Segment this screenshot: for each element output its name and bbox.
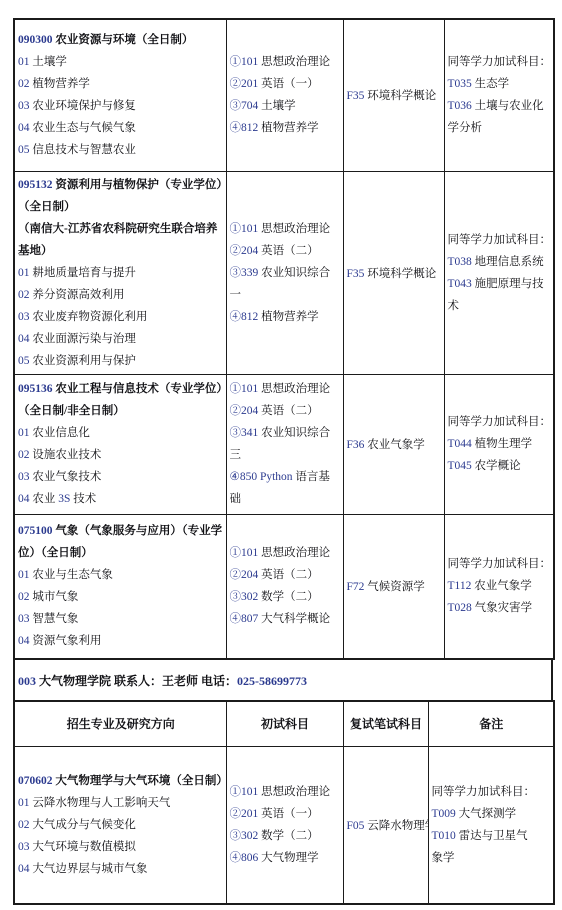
cell-initial-subjects: ①101 思想政治理论②204 英语（二）③302 数学（二）④807 大气科学…: [226, 514, 343, 659]
remarks-list: 同等学力加试科目：T009 大气探测学T010 雷达与卫星气象学: [432, 781, 552, 869]
initial-subject-list: ①101 思想政治理论②204 英语（二）③341 农业知识综合三④850 Py…: [230, 378, 341, 510]
cell-initial-subjects: ①101 思想政治理论②204 英语（二）③339 农业知识综合一④812 植物…: [226, 171, 343, 374]
col-header-remarks: 备注: [428, 701, 554, 746]
cell-retest-subject: F35 环境科学概论: [343, 19, 444, 171]
cell-program: 070602 大气物理学与大气环境（全日制） 01 云降水物理与人工影响天气02…: [14, 746, 226, 904]
tables-stack: 090300 农业资源与环境（全日制） 01 土壤学02 植物营养学03 农业环…: [13, 18, 553, 905]
program-code-title: 070602 大气物理学与大气环境（全日制）: [18, 770, 224, 792]
cell-retest-subject: F72 气候资源学: [343, 514, 444, 659]
cell-program: 095132 资源利用与植物保护（专业学位）（全日制）（南信大-江苏省农科院研究…: [14, 171, 226, 374]
table-row: 095132 资源利用与植物保护（专业学位）（全日制）（南信大-江苏省农科院研究…: [14, 171, 554, 374]
college-section-header: 003 大气物理学院 联系人：王老师 电话：025-58699773: [13, 658, 553, 702]
program-code-title: 090300 农业资源与环境（全日制）: [18, 29, 224, 51]
admissions-document-page: 090300 农业资源与环境（全日制） 01 土壤学02 植物营养学03 农业环…: [0, 0, 562, 910]
initial-subject-list: ①101 思想政治理论②201 英语（一）③302 数学（二）④806 大气物理…: [230, 781, 341, 869]
cell-retest-subject: F35 环境科学概论: [343, 171, 444, 374]
cell-initial-subjects: ①101 思想政治理论②204 英语（二）③341 农业知识综合三④850 Py…: [226, 374, 343, 514]
cell-remarks: 同等学力加试科目：T044 植物生理学T045 农学概论: [444, 374, 554, 514]
remarks-list: 同等学力加试科目：T044 植物生理学T045 农学概论: [448, 411, 552, 477]
cell-remarks: 同等学力加试科目：T009 大气探测学T010 雷达与卫星气象学: [428, 746, 554, 904]
college-contact-text: 003 大气物理学院 联系人：王老师 电话：025-58699773: [18, 672, 307, 689]
research-directions: 01 土壤学02 植物营养学03 农业环境保护与修复04 农业生态与气候气象05…: [18, 51, 224, 161]
initial-subject-list: ①101 思想政治理论②201 英语（一）③704 土壤学④812 植物营养学: [230, 51, 341, 139]
cell-program: 075100 气象（气象服务与应用）（专业学位）（全日制） 01 农业与生态气象…: [14, 514, 226, 659]
cell-program: 095136 农业工程与信息技术（专业学位）（全日制/非全日制） 01 农业信息…: [14, 374, 226, 514]
remarks-list: 同等学力加试科目：T038 地理信息系统T043 施肥原理与技术: [448, 229, 552, 317]
research-directions: 01 云降水物理与人工影响天气02 大气成分与气候变化03 大气环境与数值模拟0…: [18, 792, 224, 880]
cell-remarks: 同等学力加试科目：T035 生态学T036 土壤与农业化学分析: [444, 19, 554, 171]
cell-program: 090300 农业资源与环境（全日制） 01 土壤学02 植物营养学03 农业环…: [14, 19, 226, 171]
initial-subject-list: ①101 思想政治理论②204 英语（二）③302 数学（二）④807 大气科学…: [230, 542, 341, 630]
table-row: 090300 农业资源与环境（全日制） 01 土壤学02 植物营养学03 农业环…: [14, 19, 554, 171]
remarks-list: 同等学力加试科目：T112 农业气象学T028 气象灾害学: [448, 553, 552, 619]
cell-retest-subject: F36 农业气象学: [343, 374, 444, 514]
remarks-list: 同等学力加试科目：T035 生态学T036 土壤与农业化学分析: [448, 51, 552, 139]
cell-remarks: 同等学力加试科目：T112 农业气象学T028 气象灾害学: [444, 514, 554, 659]
program-code-title: 075100 气象（气象服务与应用）（专业学位）（全日制）: [18, 520, 224, 564]
col-header-initial-subjects: 初试科目: [226, 701, 343, 746]
col-header-program: 招生专业及研究方向: [14, 701, 226, 746]
admissions-table-atmospheric-physics: 招生专业及研究方向 初试科目 复试笔试科目 备注 070602 大气物理学与大气…: [13, 700, 555, 905]
table-row: 075100 气象（气象服务与应用）（专业学位）（全日制） 01 农业与生态气象…: [14, 514, 554, 659]
research-directions: 01 农业信息化02 设施农业技术03 农业气象技术04 农业 3S 技术: [18, 422, 224, 510]
table-header-row: 招生专业及研究方向 初试科目 复试笔试科目 备注: [14, 701, 554, 746]
admissions-table-agriculture: 090300 农业资源与环境（全日制） 01 土壤学02 植物营养学03 农业环…: [13, 18, 555, 660]
col-header-retest-subjects: 复试笔试科目: [343, 701, 428, 746]
table-row: 070602 大气物理学与大气环境（全日制） 01 云降水物理与人工影响天气02…: [14, 746, 554, 904]
research-directions: 01 耕地质量培育与提升02 养分资源高效利用03 农业废弃物资源化利用04 农…: [18, 262, 224, 372]
program-code-title: 095136 农业工程与信息技术（专业学位）（全日制/非全日制）: [18, 378, 224, 422]
program-code-title: 095132 资源利用与植物保护（专业学位）（全日制）（南信大-江苏省农科院研究…: [18, 174, 224, 262]
cell-remarks: 同等学力加试科目：T038 地理信息系统T043 施肥原理与技术: [444, 171, 554, 374]
cell-initial-subjects: ①101 思想政治理论②201 英语（一）③302 数学（二）④806 大气物理…: [226, 746, 343, 904]
initial-subject-list: ①101 思想政治理论②204 英语（二）③339 农业知识综合一④812 植物…: [230, 218, 341, 328]
research-directions: 01 农业与生态气象02 城市气象03 智慧气象04 资源气象利用: [18, 564, 224, 652]
table-row: 095136 农业工程与信息技术（专业学位）（全日制/非全日制） 01 农业信息…: [14, 374, 554, 514]
cell-retest-subject: F05 云降水物理学: [343, 746, 428, 904]
cell-initial-subjects: ①101 思想政治理论②201 英语（一）③704 土壤学④812 植物营养学: [226, 19, 343, 171]
